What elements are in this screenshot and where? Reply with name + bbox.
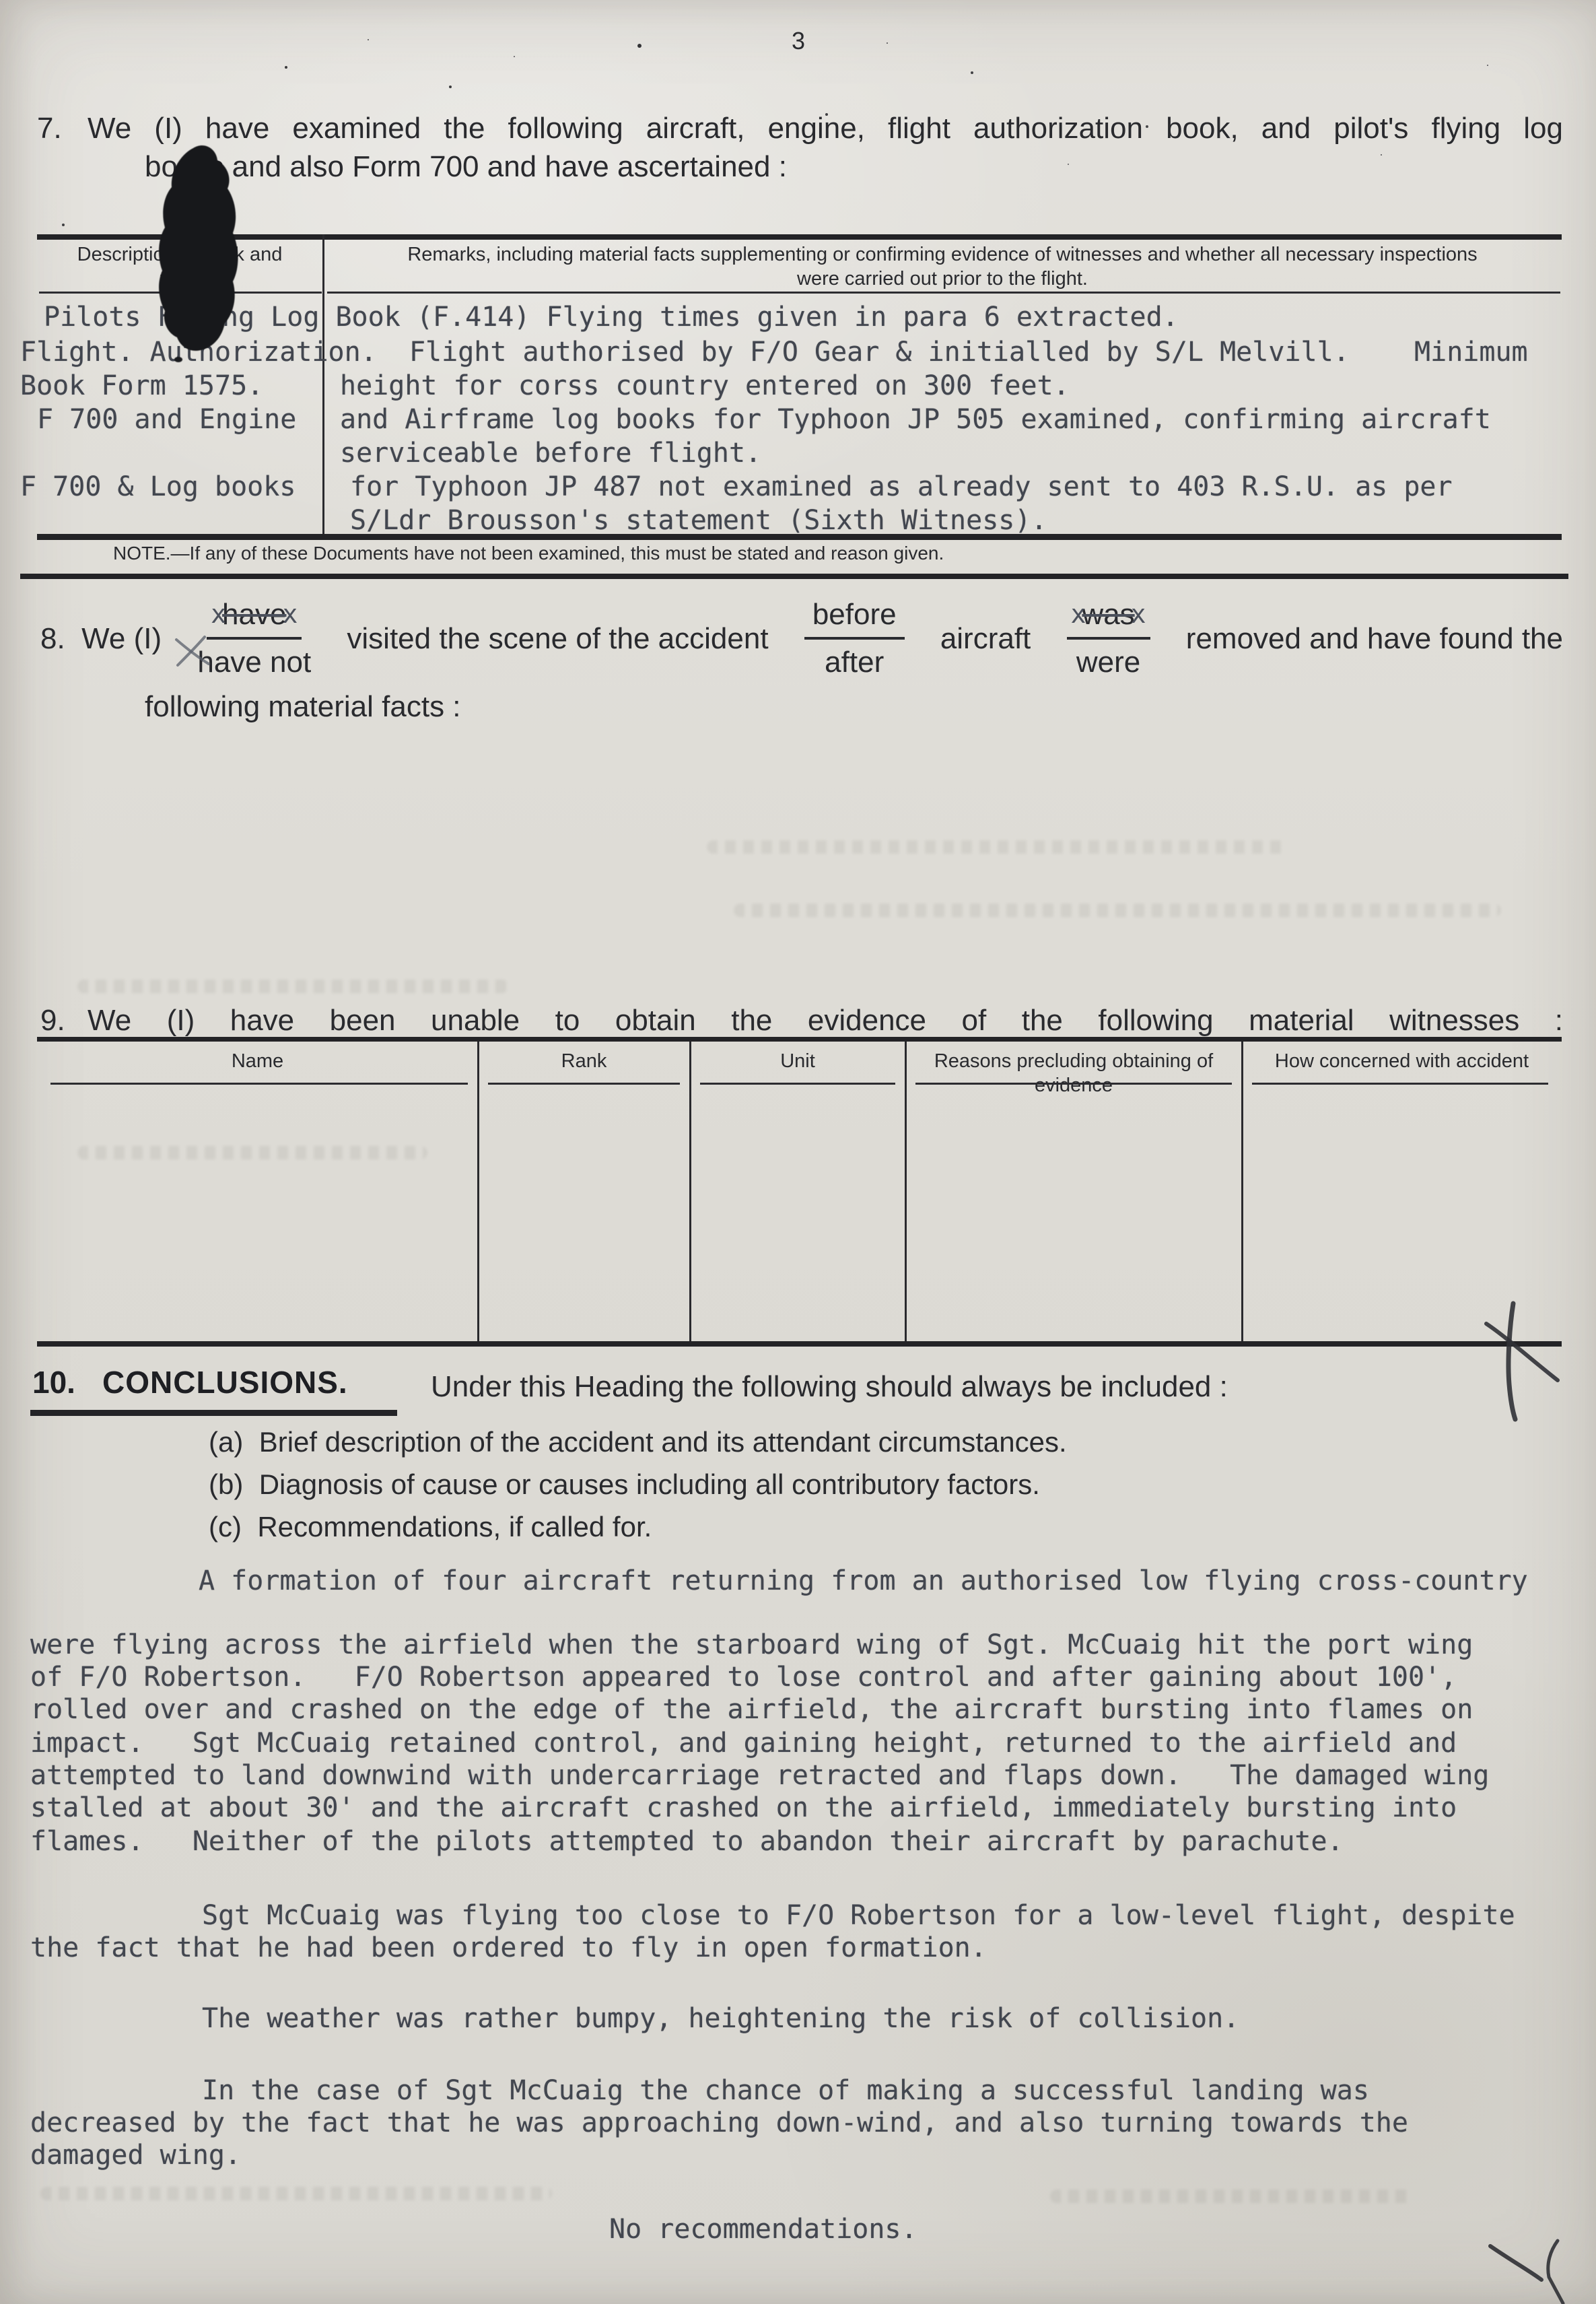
choice-word-before: before	[812, 596, 897, 633]
typed-line: were flying across the airfield when the…	[30, 1629, 1473, 1660]
typed-line: Book Form 1575.	[20, 370, 263, 401]
typed-line: S/Ldr Brousson's statement (Sixth Witnes…	[350, 505, 1047, 536]
section10-lead: Under this Heading the following should …	[431, 1368, 1228, 1405]
choice-top: xwasx	[1067, 596, 1150, 640]
typed-strike-mark: x	[1071, 599, 1086, 631]
typed-line: and Airframe log books for Typhoon JP 50…	[340, 404, 1491, 435]
choice-was-were: xwasx were	[1067, 596, 1150, 681]
typed-line: A formation of four aircraft returning f…	[199, 1565, 1528, 1596]
section8-line2: following material facts :	[145, 688, 461, 725]
table9-top-rule	[37, 1037, 1562, 1042]
table7-col2-header: Remarks, including material facts supple…	[397, 242, 1488, 291]
page-number: 3	[792, 27, 805, 55]
typed-line: of F/O Robertson. F/O Robertson appeared…	[30, 1662, 1457, 1693]
table9-header-underline	[915, 1083, 1232, 1085]
section10-title: CONCLUSIONS.	[102, 1364, 348, 1400]
typed-line: flames. Neither of the pilots attempted …	[30, 1826, 1344, 1857]
table9-col-how-concerned: How concerned with accident	[1242, 1049, 1562, 1097]
table9-header-row: Name Rank Unit Reasons precluding obtain…	[37, 1049, 1562, 1097]
typed-line: rolled over and crashed on the edge of t…	[30, 1694, 1473, 1725]
section9-heading: We (I) have been unable to obtain the ev…	[88, 1002, 1563, 1039]
bleedthrough-mark	[77, 1146, 427, 1159]
typed-line: No recommendations.	[609, 2214, 917, 2245]
pen-x-mark	[170, 630, 217, 672]
bleedthrough-mark	[734, 904, 1501, 917]
table9-header-underline	[1252, 1083, 1548, 1085]
typed-line: impact. Sgt McCuaig retained control, an…	[30, 1728, 1457, 1759]
typed-line: stalled at about 30' and the aircraft cr…	[30, 1792, 1457, 1823]
note-bottom-rule	[20, 574, 1568, 579]
section8-lead: We (I)	[81, 622, 162, 655]
item-text: Brief description of the accident and it…	[259, 1426, 1067, 1458]
table9-header-underline	[700, 1083, 895, 1085]
section10-title-underline	[30, 1410, 397, 1416]
table9-col-rank: Rank	[478, 1049, 690, 1097]
item-label: (b)	[209, 1468, 243, 1500]
section7-number: 7.	[37, 110, 62, 147]
section8-mid1: visited the scene of the accident	[347, 620, 768, 657]
choice-word-were: were	[1076, 640, 1140, 681]
table9-col-name: Name	[37, 1049, 478, 1097]
table9-col-unit: Unit	[690, 1049, 905, 1097]
ink-blot	[151, 143, 252, 368]
typed-strike-mark: x	[211, 599, 226, 631]
table7-column-divider	[322, 234, 324, 534]
scanned-accident-report-page: 3 7. We (I) have examined the following …	[0, 0, 1596, 2304]
bleedthrough-mark	[1050, 2190, 1414, 2203]
typed-strike-mark: x	[282, 599, 298, 631]
item-text: Diagnosis of cause or causes including a…	[259, 1468, 1040, 1500]
bleedthrough-mark	[40, 2187, 552, 2200]
typed-line: decreased by the fact that he was approa…	[30, 2107, 1408, 2138]
section8-number: 8.	[40, 622, 65, 655]
table9-header-underline	[50, 1083, 468, 1085]
typed-line: The weather was rather bumpy, heightenin…	[202, 2003, 1239, 2034]
typed-line: F 700 and Engine	[37, 404, 296, 435]
table7-header-underline	[327, 292, 1560, 294]
pen-x-mark-large	[1474, 1298, 1568, 1429]
choice-word-after: after	[825, 640, 884, 681]
item-text: Recommendations, if called for.	[257, 1511, 652, 1543]
typed-strike-mark: x	[1131, 599, 1146, 631]
typed-line: attempted to land downwind with undercar…	[30, 1760, 1489, 1791]
section10-item-a: (a) Brief description of the accident an…	[209, 1426, 1067, 1458]
paper-dust-specks	[0, 0, 3, 3]
item-label: (c)	[209, 1511, 242, 1543]
typed-line: the fact that he had been ordered to fly…	[30, 1932, 987, 1963]
pen-tick-mark	[1481, 2234, 1596, 2304]
section10-item-b: (b) Diagnosis of cause or causes includi…	[209, 1468, 1040, 1501]
section10-number: 10.	[32, 1364, 75, 1400]
typed-line: Sgt McCuaig was flying too close to F/O …	[202, 1900, 1515, 1931]
section8-mid2: aircraft	[940, 620, 1031, 657]
typed-line: serviceable before flight.	[340, 438, 761, 469]
bleedthrough-mark	[707, 840, 1286, 854]
choice-word-have: have	[222, 596, 286, 633]
section10-item-c: (c) Recommendations, if called for.	[209, 1511, 652, 1543]
choice-before-after: before after	[804, 596, 905, 681]
typed-line: height for corss country entered on 300 …	[340, 370, 1070, 401]
item-label: (a)	[209, 1426, 243, 1458]
table7-note: NOTE.—If any of these Documents have not…	[113, 543, 944, 564]
typed-line: F 700 & Log books	[20, 471, 296, 502]
bleedthrough-mark	[77, 980, 508, 993]
table9-bottom-rule	[37, 1341, 1562, 1347]
choice-word-was: was	[1082, 596, 1134, 633]
section7-line1: We (I) have examined the following aircr…	[88, 110, 1563, 147]
section8-tail: removed and have found the	[1186, 620, 1563, 657]
table9-header-underline	[488, 1083, 680, 1085]
table9-col-reasons: Reasons precluding obtaining of evidence	[905, 1049, 1242, 1097]
section9-number: 9.	[40, 1002, 65, 1039]
typed-line: for Typhoon JP 487 not examined as alrea…	[350, 471, 1453, 502]
section8-number-lead: 8. We (I)	[40, 620, 162, 657]
typed-line: damaged wing.	[30, 2140, 241, 2171]
typed-line: In the case of Sgt McCuaig the chance of…	[202, 2075, 1369, 2106]
section8-line1: 8. We (I) xhavex have not visited the sc…	[40, 591, 1563, 685]
choice-top: xhavex	[207, 596, 302, 640]
choice-top: before	[804, 596, 905, 640]
table7-top-rule	[37, 234, 1562, 240]
